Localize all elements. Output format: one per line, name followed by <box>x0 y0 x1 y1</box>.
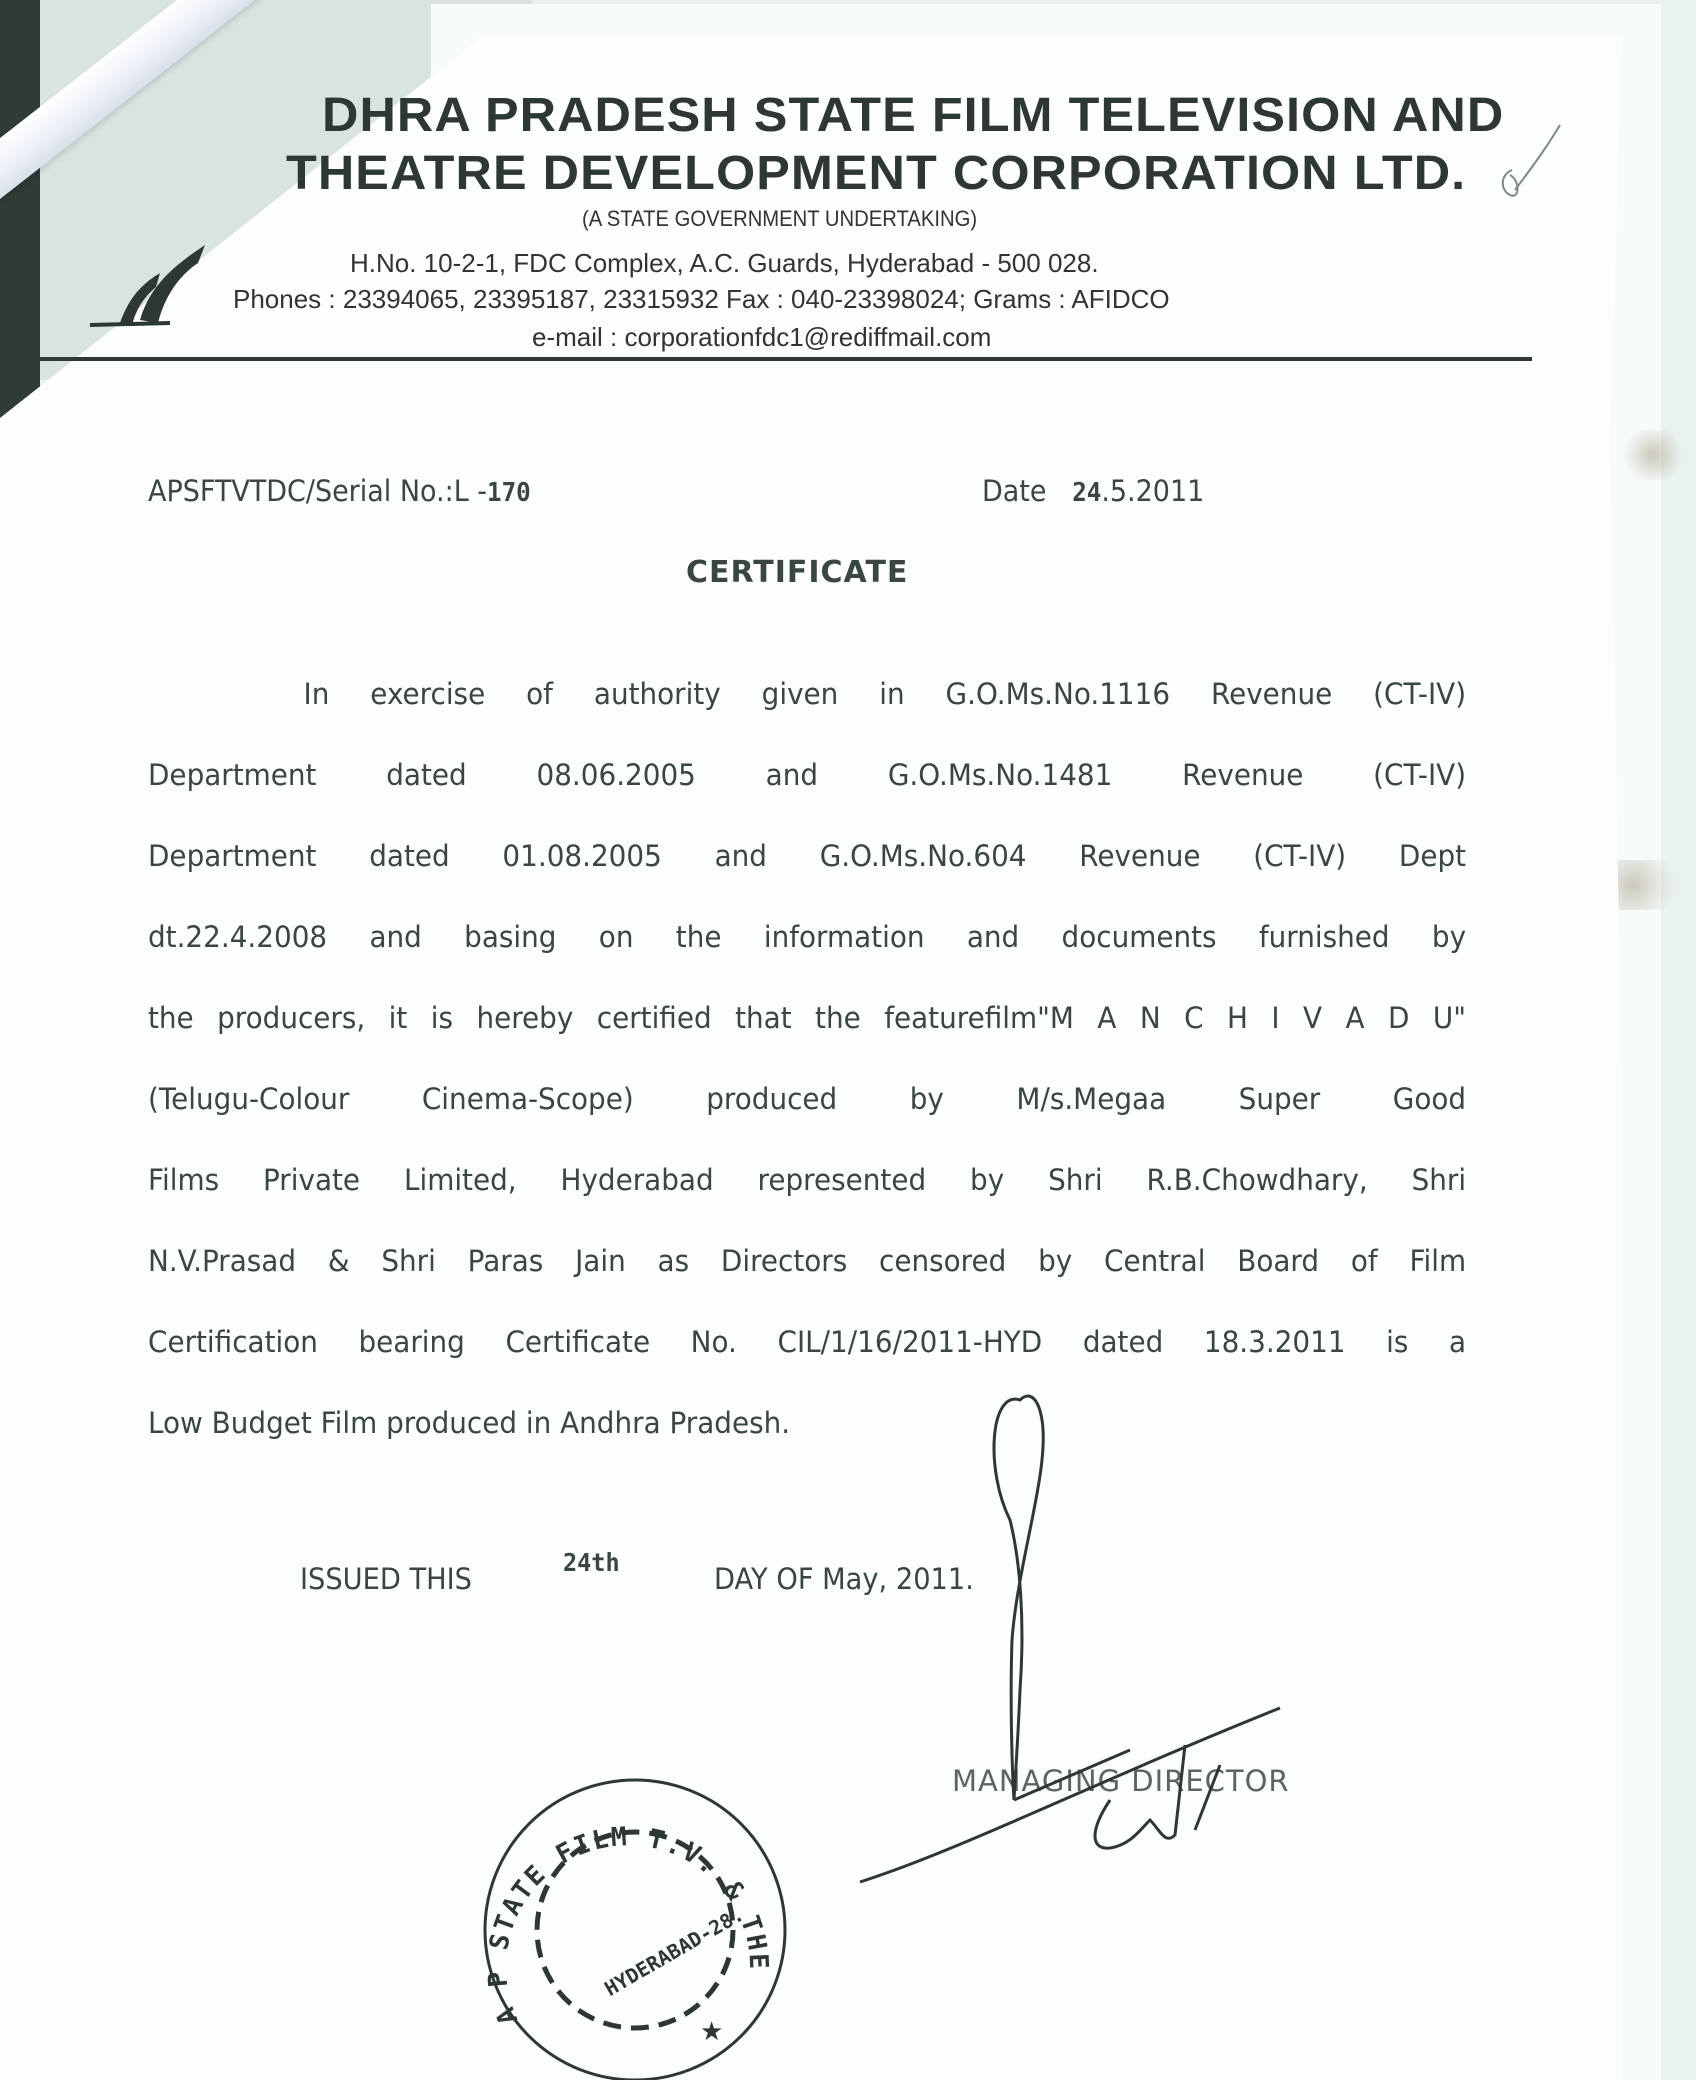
issued-day: 24th <box>563 1548 620 1577</box>
certificate-body-line: Certification bearing Certificate No. CI… <box>148 1302 1466 1383</box>
letterhead-divider <box>10 357 1532 361</box>
certificate-body-line: Films Private Limited, Hyderabad represe… <box>148 1140 1466 1221</box>
certificate-body-line: the producers, it is hereby certified th… <box>148 978 1466 1059</box>
issue-date: Date 24.5.2011 <box>982 474 1204 508</box>
address: H.No. 10-2-1, FDC Complex, A.C. Guards, … <box>350 248 1099 279</box>
date-day: 24 <box>1072 478 1101 508</box>
certificate-body-line: Department dated 01.08.2005 and G.O.Ms.N… <box>148 816 1466 897</box>
date-label: Date <box>982 474 1046 508</box>
certificate-body-line: Department dated 08.06.2005 and G.O.Ms.N… <box>148 735 1466 816</box>
certificate-body-line: Low Budget Film produced in Andhra Prade… <box>148 1383 1466 1464</box>
organization-name-line1: DHRA PRADESH STATE FILM TELEVISION AND <box>322 88 1504 143</box>
company-seal-icon: A P STATE FILM T.V. & THEATRE DEVT. CORP… <box>470 1770 810 2080</box>
pencil-mark-icon <box>1490 120 1570 210</box>
date-rest: .5.2011 <box>1101 474 1204 508</box>
serial-value: 170 <box>487 478 531 508</box>
certificate-body-line: (Telugu-Colour Cinema-Scope) produced by… <box>148 1059 1466 1140</box>
seal-inner-text: HYDERABAD-28. <box>600 1902 748 2001</box>
serial-label: APSFTVTDC/Serial No.:L - <box>148 474 487 508</box>
issued-prefix: ISSUED THIS <box>300 1562 472 1596</box>
issued-suffix: DAY OF May, 2011. <box>714 1562 974 1596</box>
paper-stain <box>1618 430 1688 480</box>
signatory-title: MANAGING DIRECTOR <box>952 1764 1290 1798</box>
certificate-title: CERTIFICATE <box>686 555 908 590</box>
seal-star-icon: ★ <box>700 2017 723 2047</box>
phone-fax-grams: Phones : 23394065, 23395187, 23315932 Fa… <box>233 284 1170 315</box>
organization-name-line2: THEATRE DEVELOPMENT CORPORATION LTD. <box>286 146 1466 201</box>
film-reel-logo-icon <box>80 225 220 335</box>
certificate-body-line: dt.22.4.2008 and basing on the informati… <box>148 897 1466 978</box>
serial-number: APSFTVTDC/Serial No.:L -170 <box>148 474 531 508</box>
certificate-body: In exercise of authority given in G.O.Ms… <box>148 654 1466 1464</box>
undertaking-note: (A STATE GOVERNMENT UNDERTAKING) <box>582 206 977 232</box>
certificate-body-line: N.V.Prasad & Shri Paras Jain as Director… <box>148 1221 1466 1302</box>
certificate-body-line: In exercise of authority given in G.O.Ms… <box>148 654 1466 735</box>
email-address: e-mail : corporationfdc1@rediffmail.com <box>532 322 991 353</box>
